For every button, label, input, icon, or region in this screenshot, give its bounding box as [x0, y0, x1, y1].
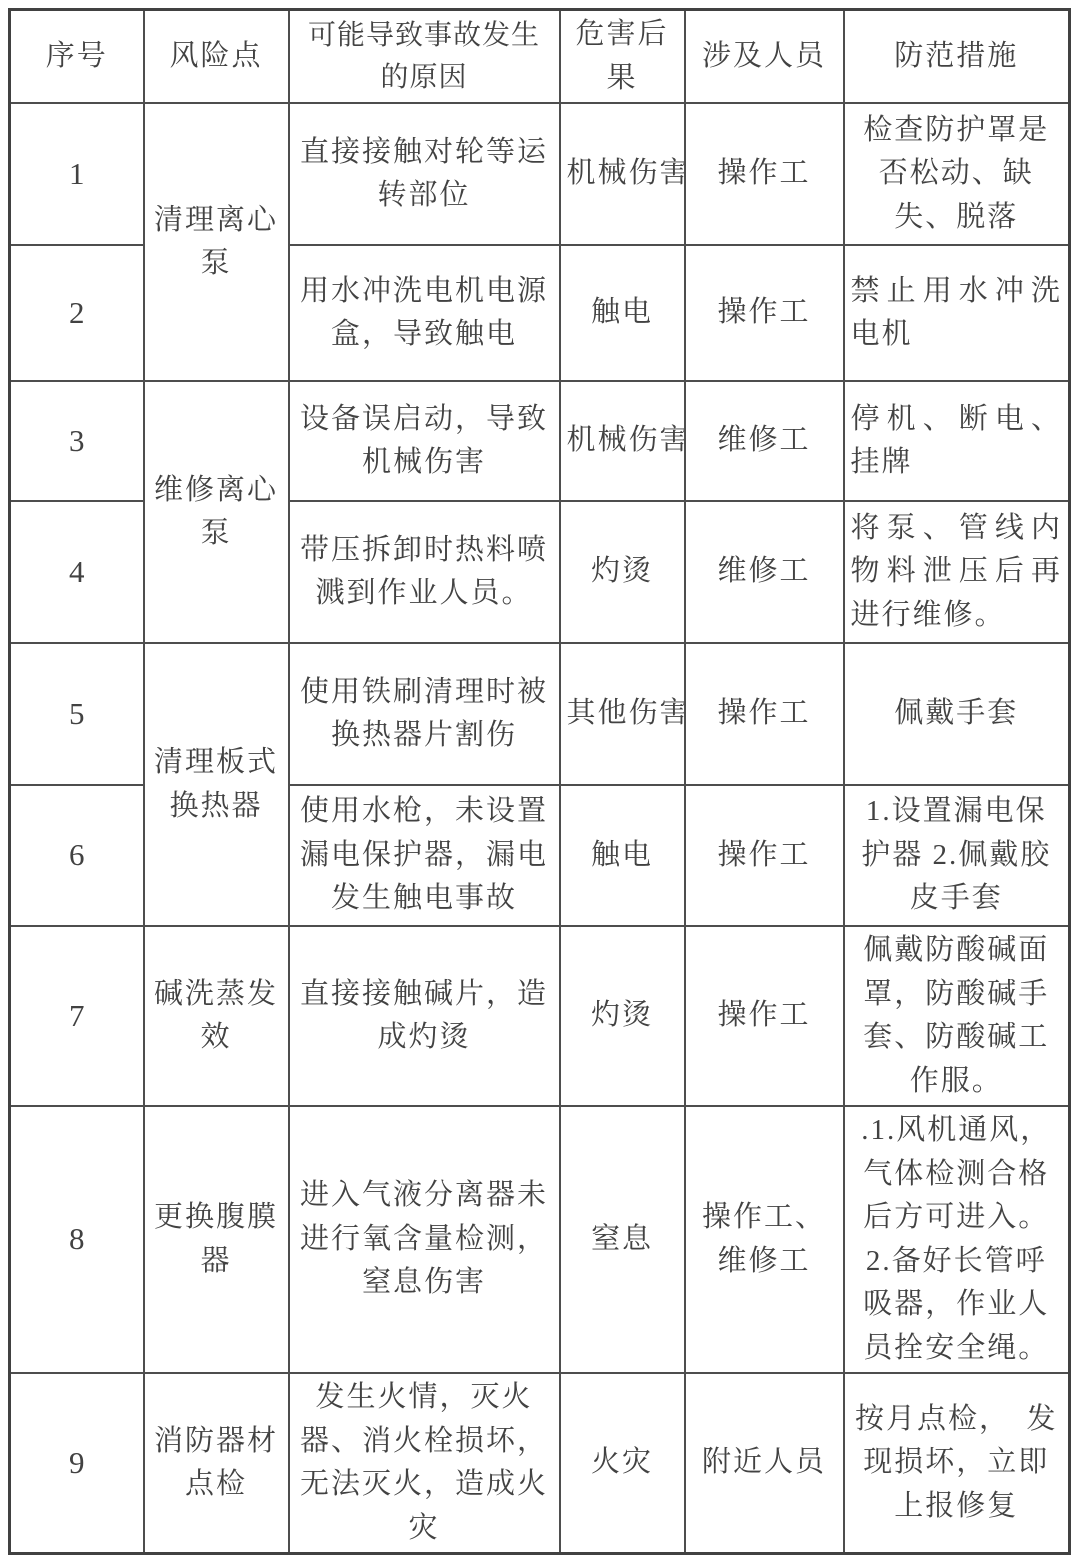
cell-risk-point: 碱洗蒸发效 — [144, 926, 289, 1106]
cell-risk-point: 维修离心泵 — [144, 381, 289, 643]
cell-cause: 设备误启动，导致机械伤害 — [289, 381, 560, 501]
cell-cause: 带压拆卸时热料喷溅到作业人员。 — [289, 501, 560, 643]
cell-consequence: 触电 — [560, 785, 685, 926]
cell-consequence: 灼烫 — [560, 926, 685, 1106]
cell-serial-number: 6 — [10, 785, 144, 926]
cell-consequence: 窒息 — [560, 1106, 685, 1373]
cell-measures: 1.设置漏电保护器 2.佩戴胶皮手套 — [844, 785, 1070, 926]
cell-measures: 检查防护罩是否松动、缺失、脱落 — [844, 103, 1070, 245]
cell-personnel: 维修工 — [685, 381, 844, 501]
cell-serial-number: 8 — [10, 1106, 144, 1373]
cell-cause: 直接接触对轮等运转部位 — [289, 103, 560, 245]
cell-risk-point: 消防器材点检 — [144, 1373, 289, 1554]
cell-serial-number: 9 — [10, 1373, 144, 1554]
cell-risk-point: 清理离心泵 — [144, 103, 289, 381]
cell-consequence: 机械伤害 — [560, 381, 685, 501]
cell-personnel: 操作工 — [685, 103, 844, 245]
table-row: 3 维修离心泵 设备误启动，导致机械伤害 机械伤害 维修工 停机、断电、挂牌 — [10, 381, 1070, 501]
cell-cause: 使用铁刷清理时被换热器片割伤 — [289, 643, 560, 785]
cell-consequence: 其他伤害 — [560, 643, 685, 785]
cell-consequence: 机械伤害 — [560, 103, 685, 245]
cell-serial-number: 3 — [10, 381, 144, 501]
cell-serial-number: 2 — [10, 245, 144, 381]
table-row: 5 清理板式换热器 使用铁刷清理时被换热器片割伤 其他伤害 操作工 佩戴手套 — [10, 643, 1070, 785]
cell-personnel: 操作工、维修工 — [685, 1106, 844, 1373]
cell-measures: .1.风机通风，气体检测合格后方可进入。2.备好长管呼吸器，作业人员拴安全绳。 — [844, 1106, 1070, 1373]
cell-personnel: 操作工 — [685, 926, 844, 1106]
cell-personnel: 维修工 — [685, 501, 844, 643]
cell-measures: 将泵、管线内物料泄压后再进行维修。 — [844, 501, 1070, 643]
cell-consequence: 触电 — [560, 245, 685, 381]
header-risk-point: 风险点 — [144, 10, 289, 104]
header-row: 序号 风险点 可能导致事故发生的原因 危害后果 涉及人员 防范措施 — [10, 10, 1070, 104]
cell-personnel: 操作工 — [685, 643, 844, 785]
cell-cause: 发生火情，灭火器、消火栓损坏，无法灭火，造成火灾 — [289, 1373, 560, 1554]
cell-serial-number: 1 — [10, 103, 144, 245]
cell-personnel: 操作工 — [685, 245, 844, 381]
cell-consequence: 灼烫 — [560, 501, 685, 643]
header-serial-number: 序号 — [10, 10, 144, 104]
risk-assessment-table: 序号 风险点 可能导致事故发生的原因 危害后果 涉及人员 防范措施 1 清理离心… — [8, 8, 1071, 1555]
cell-measures: 佩戴手套 — [844, 643, 1070, 785]
table-row: 1 清理离心泵 直接接触对轮等运转部位 机械伤害 操作工 检查防护罩是否松动、缺… — [10, 103, 1070, 245]
table-row: 7 碱洗蒸发效 直接接触碱片，造成灼烫 灼烫 操作工 佩戴防酸碱面罩，防酸碱手套… — [10, 926, 1070, 1106]
cell-cause: 使用水枪，未设置漏电保护器，漏电发生触电事故 — [289, 785, 560, 926]
cell-risk-point: 清理板式换热器 — [144, 643, 289, 926]
cell-cause: 进入气液分离器未进行氧含量检测，窒息伤害 — [289, 1106, 560, 1373]
header-cause: 可能导致事故发生的原因 — [289, 10, 560, 104]
cell-serial-number: 5 — [10, 643, 144, 785]
header-measures: 防范措施 — [844, 10, 1070, 104]
cell-consequence: 火灾 — [560, 1373, 685, 1554]
cell-serial-number: 4 — [10, 501, 144, 643]
cell-measures: 停机、断电、挂牌 — [844, 381, 1070, 501]
table-row: 9 消防器材点检 发生火情，灭火器、消火栓损坏，无法灭火，造成火灾 火灾 附近人… — [10, 1373, 1070, 1554]
cell-risk-point: 更换腹膜器 — [144, 1106, 289, 1373]
cell-measures: 禁止用水冲洗电机 — [844, 245, 1070, 381]
cell-serial-number: 7 — [10, 926, 144, 1106]
cell-cause: 用水冲洗电机电源盒，导致触电 — [289, 245, 560, 381]
table-row: 8 更换腹膜器 进入气液分离器未进行氧含量检测，窒息伤害 窒息 操作工、维修工 … — [10, 1106, 1070, 1373]
cell-measures: 按月点检， 发现损坏，立即上报修复 — [844, 1373, 1070, 1554]
cell-personnel: 附近人员 — [685, 1373, 844, 1554]
header-personnel: 涉及人员 — [685, 10, 844, 104]
cell-measures: 佩戴防酸碱面罩，防酸碱手套、防酸碱工作服。 — [844, 926, 1070, 1106]
cell-personnel: 操作工 — [685, 785, 844, 926]
header-consequence: 危害后果 — [560, 10, 685, 104]
cell-cause: 直接接触碱片，造成灼烫 — [289, 926, 560, 1106]
